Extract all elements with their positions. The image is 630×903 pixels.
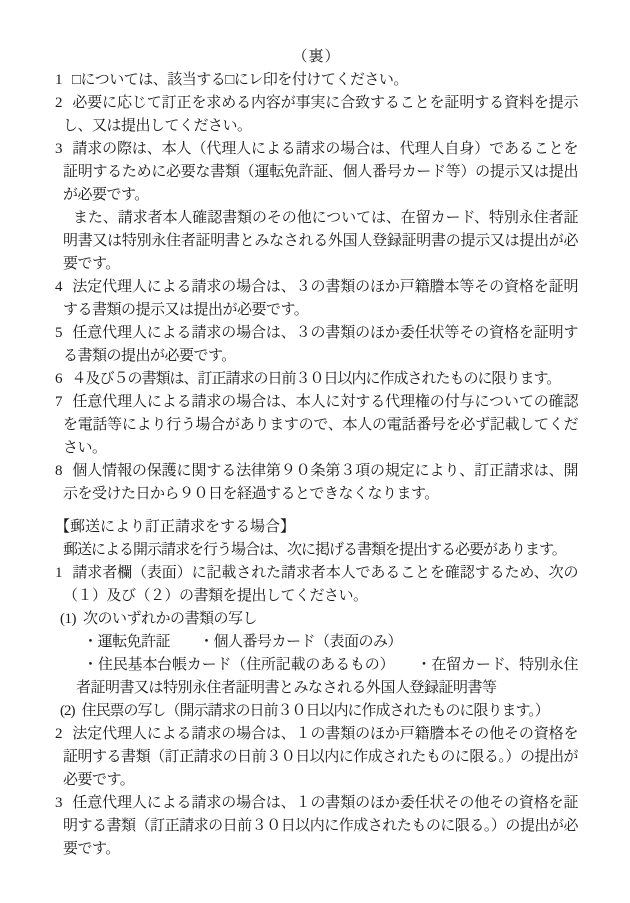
item-text: 任意代理人による請求の場合は、本人に対する代理権の付与についての確認を電話等によ…: [63, 394, 578, 456]
sub-item-marker: (1): [60, 611, 76, 627]
item-text: 個人情報の保護に関する法律第９０条第３項の規定により、訂正請求は、開示を受けた日…: [63, 463, 578, 502]
note-item-3: 3請求の際は、本人（代理人による請求の場合は、代理人自身）であることを証明するた…: [63, 138, 578, 207]
item-number: 4: [55, 279, 62, 295]
note-item-6: 6４及び５の書類は、訂正請求の日前３０日以内に作成されたものに限ります。: [63, 368, 578, 391]
document-page: （裏） 1□については、該当する□にレ印を付けてください。 2必要に応じて訂正を…: [0, 0, 630, 903]
mail-section-intro: 郵送による開示請求を行う場合は、次に掲げる書類を提出する必要があります。: [63, 539, 578, 562]
item-text: □については、該当する□にレ印を付けてください。: [72, 72, 408, 88]
item-number: 1: [55, 72, 62, 88]
mail-item-2: 2法定代理人による請求の場合は、１の書類のほか戸籍謄本その他その資格を証明する書…: [63, 723, 578, 792]
item-text: ４及び５の書類は、訂正請求の日前３０日以内に作成されたものに限ります。: [72, 371, 561, 387]
item-text: 法定代理人による請求の場合は、３の書類のほか戸籍謄本等その資格を証明する書類の提…: [63, 279, 578, 318]
item-text: 請求の際は、本人（代理人による請求の場合は、代理人自身）であることを証明するため…: [63, 141, 578, 203]
page-side-label: （裏）: [55, 46, 578, 69]
id-document-option: ・運転免許証 ・個人番号カード（表面のみ）: [76, 631, 578, 654]
mail-section-heading: 【郵送により訂正請求をする場合】: [55, 516, 578, 539]
id-document-options: ・運転免許証 ・個人番号カード（表面のみ） ・住民基本台帳カード（住所記載のある…: [76, 631, 578, 700]
sub-item-text: 次のいずれかの書類の写し: [83, 611, 257, 627]
note-item-1: 1□については、該当する□にレ印を付けてください。: [63, 69, 578, 92]
sub-item-2: (2)住民票の写し（開示請求の日前３０日以内に作成されたものに限ります。）: [60, 700, 578, 723]
item-number: 2: [55, 726, 62, 742]
item-text: 任意代理人による請求の場合は、３の書類のほか委任状等その資格を証明する書類の提出…: [63, 325, 578, 364]
item-number: 1: [55, 565, 62, 581]
mail-item-3: 3任意代理人による請求の場合は、１の書類のほか委任状その他その資格を証明する書類…: [63, 792, 578, 861]
note-item-4: 4法定代理人による請求の場合は、３の書類のほか戸籍謄本等その資格を証明する書類の…: [63, 276, 578, 322]
item-number: 3: [55, 141, 62, 157]
item-text: 請求者欄（表面）に記載された請求者本人であることを確認するため、次の（１）及び（…: [63, 565, 578, 604]
item-text: 法定代理人による請求の場合は、１の書類のほか戸籍謄本その他その資格を証明する書類…: [63, 726, 578, 788]
note-item-7: 7任意代理人による請求の場合は、本人に対する代理権の付与についての確認を電話等に…: [63, 391, 578, 460]
note-item-8: 8個人情報の保護に関する法律第９０条第３項の規定により、訂正請求は、開示を受けた…: [63, 460, 578, 506]
item-number: 5: [55, 325, 62, 341]
sub-item-1: (1)次のいずれかの書類の写し: [60, 608, 578, 631]
id-document-option: ・住民基本台帳カード（住所記載のあるもの） ・在留カード、特別永住者証明書又は特…: [76, 654, 578, 700]
note-item-3-supplement: また、請求者本人確認書類のその他については、在留カード、特別永住者証明書又は特別…: [63, 207, 578, 276]
note-item-2: 2必要に応じて訂正を求める内容が事実に合致することを証明する資料を提示し、又は提…: [63, 92, 578, 138]
sub-item-marker: (2): [60, 703, 75, 719]
item-number: 8: [55, 463, 62, 479]
item-number: 6: [55, 371, 62, 387]
item-number: 7: [55, 394, 62, 410]
note-item-5: 5任意代理人による請求の場合は、３の書類のほか委任状等その資格を証明する書類の提…: [63, 322, 578, 368]
item-text: 任意代理人による請求の場合は、１の書類のほか委任状その他その資格を証明する書類（…: [63, 795, 578, 857]
mail-item-1: 1請求者欄（表面）に記載された請求者本人であることを確認するため、次の（１）及び…: [63, 562, 578, 608]
item-number: 2: [55, 95, 62, 111]
item-text: 必要に応じて訂正を求める内容が事実に合致することを証明する資料を提示し、又は提出…: [63, 95, 578, 134]
item-number: 3: [55, 795, 62, 811]
sub-item-text: 住民票の写し（開示請求の日前３０日以内に作成されたものに限ります。）: [82, 703, 549, 719]
